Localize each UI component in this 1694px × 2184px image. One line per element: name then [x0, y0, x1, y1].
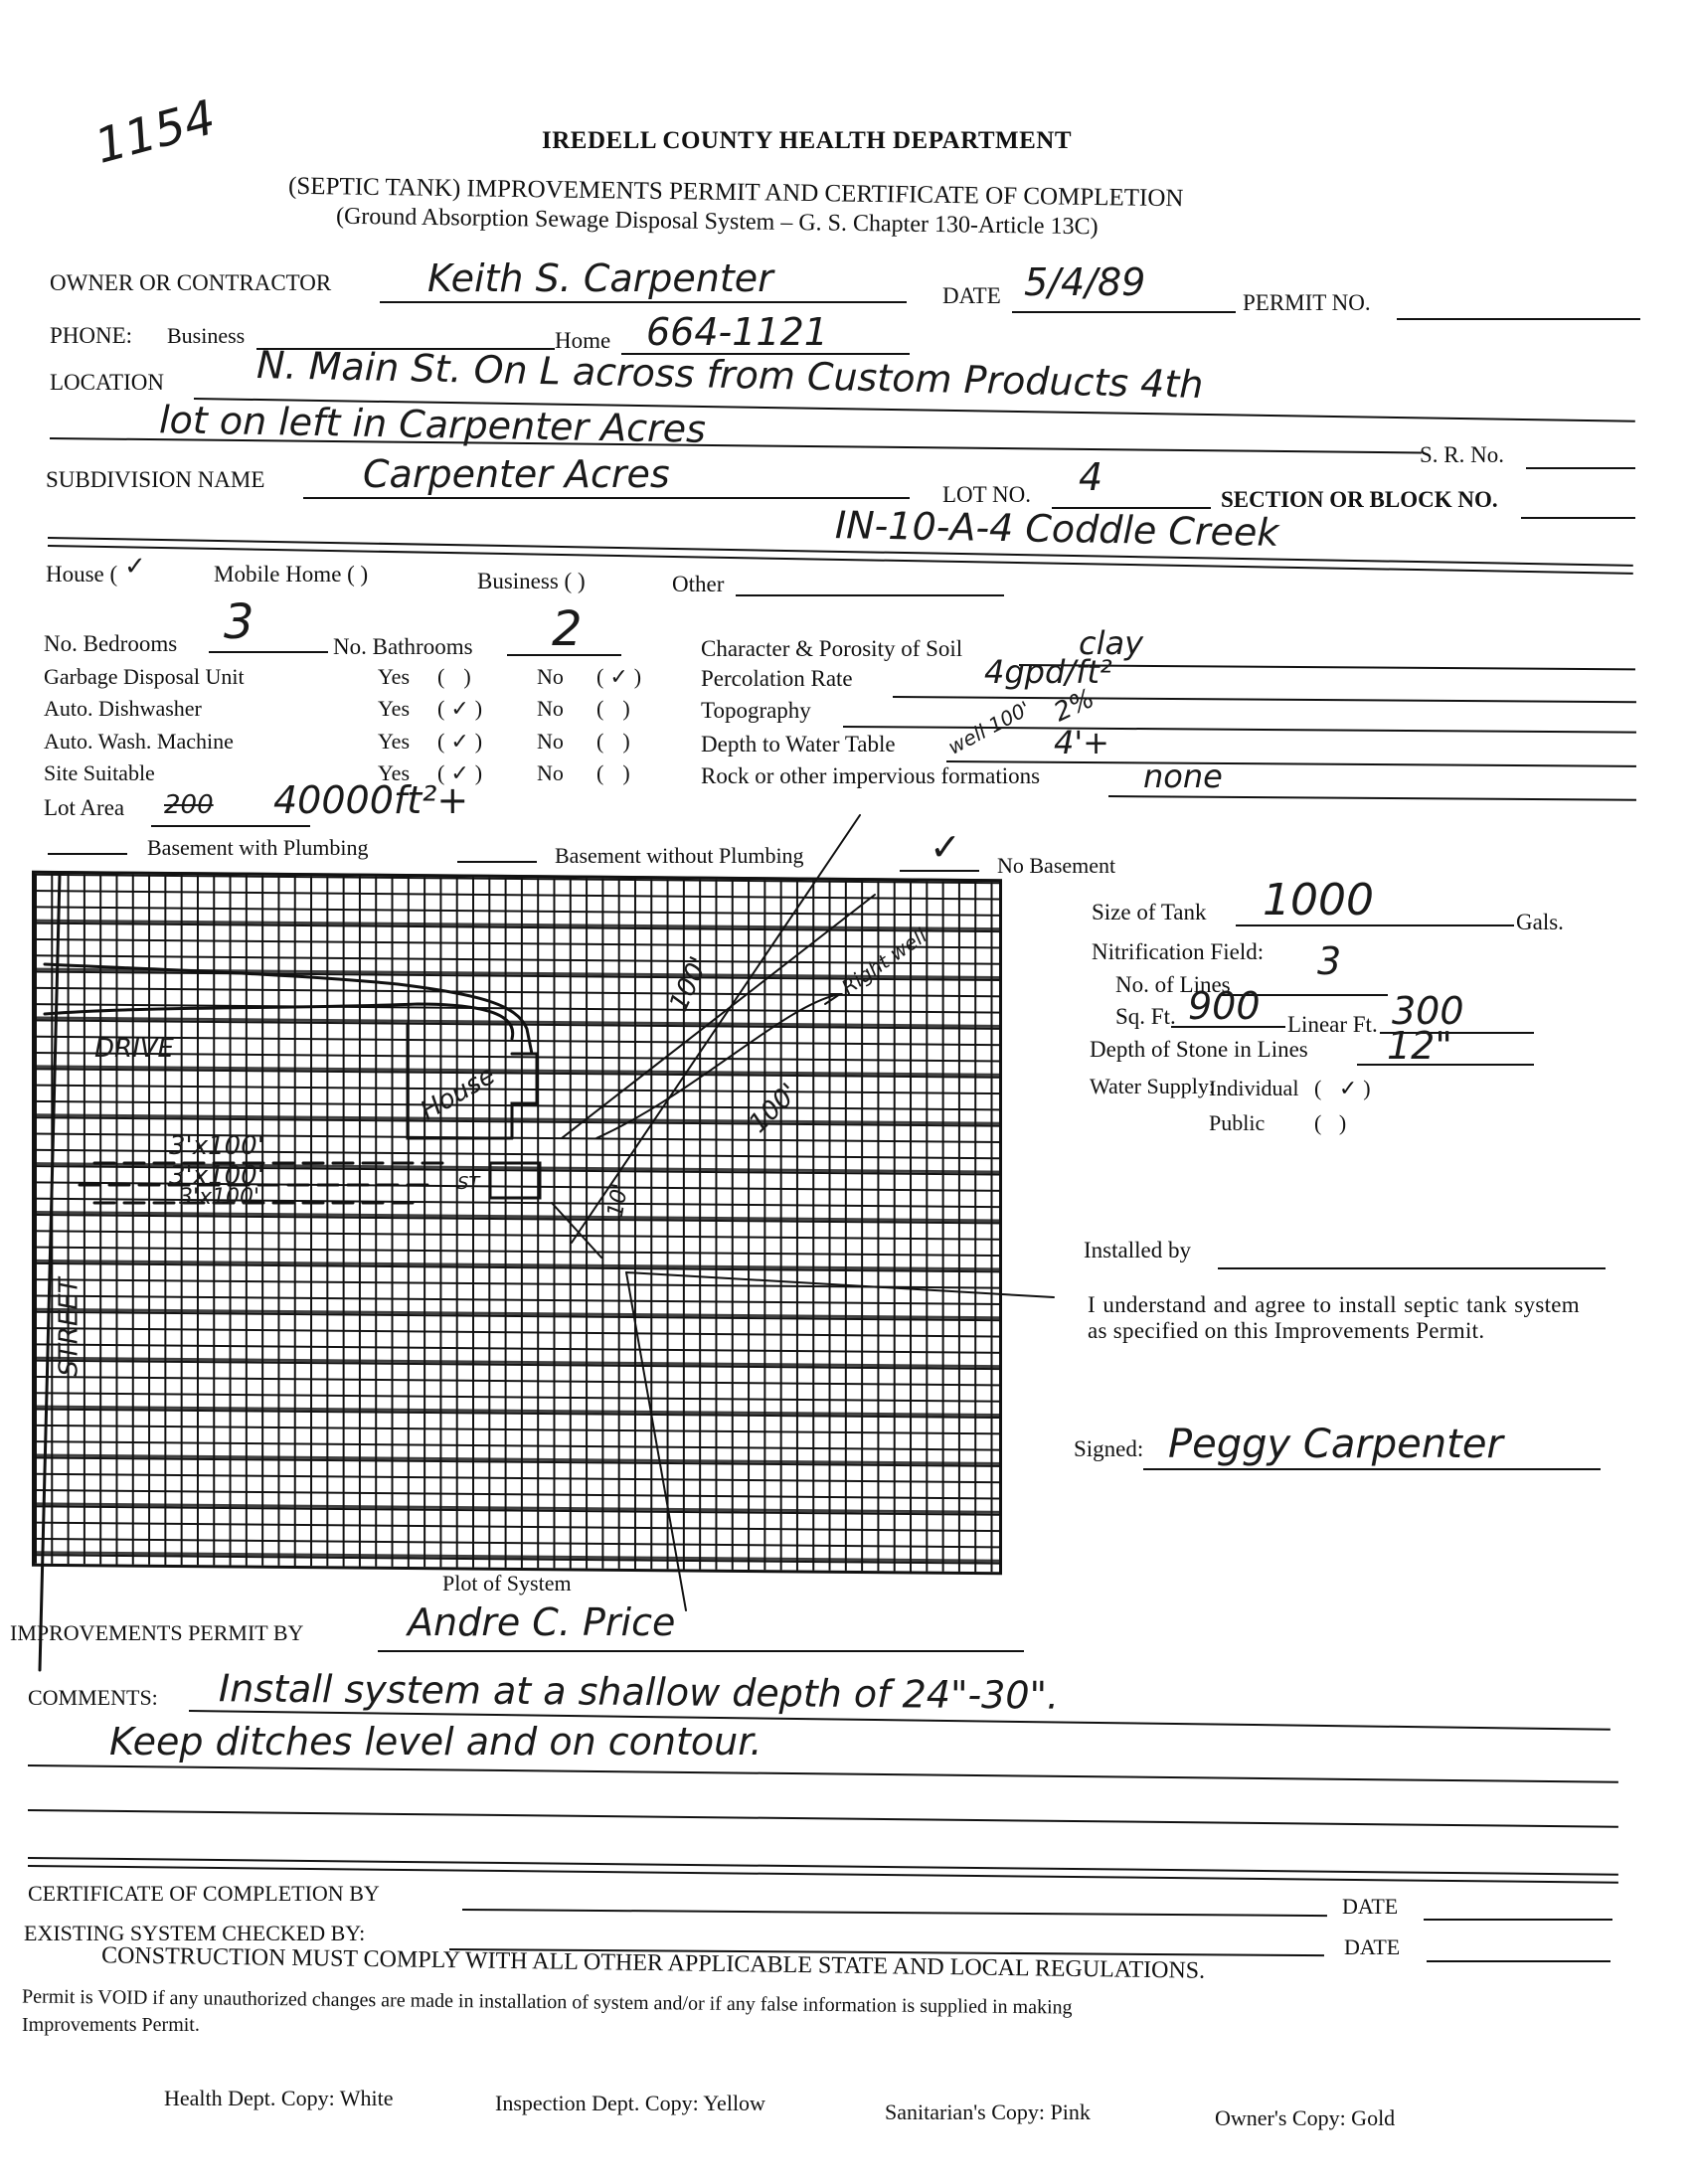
- comments-label: COMMENTS:: [28, 1685, 158, 1711]
- percolation-field[interactable]: 4gpd/ft²: [984, 653, 1112, 691]
- fixture-yes-check: ✓: [450, 697, 474, 722]
- bedrooms-label: No. Bedrooms: [44, 631, 177, 657]
- water-individual-checkbox[interactable]: ( ✓): [1314, 1076, 1377, 1101]
- lot-no-field[interactable]: 4: [1079, 455, 1102, 499]
- sq-ft-field[interactable]: 900: [1188, 984, 1261, 1028]
- copy-inspection-dept: Inspection Dept. Copy: Yellow: [495, 2091, 765, 2116]
- plot-label-field-line-1: 3'x100': [169, 1131, 264, 1161]
- water-public-label: Public: [1209, 1110, 1265, 1136]
- topography-label: Topography: [701, 698, 811, 724]
- section-block-label: SECTION OR BLOCK NO.: [1221, 487, 1498, 513]
- phone-label: PHONE:: [50, 323, 132, 349]
- no-basement-check[interactable]: ✓: [930, 825, 961, 869]
- owner-field[interactable]: Keith S. Carpenter: [427, 256, 773, 300]
- fixture-no-check: [609, 761, 622, 786]
- bathrooms-label: No. Bathrooms: [333, 634, 473, 660]
- fixture-yes-checkbox[interactable]: (✓): [437, 696, 488, 722]
- fixture-yes-label: Yes: [378, 664, 410, 690]
- fixture-label: Auto. Wash. Machine: [44, 729, 234, 755]
- water-public-checkbox[interactable]: ( ): [1314, 1110, 1352, 1136]
- file-number-annotation: 1154: [89, 89, 221, 175]
- business-phone-label: Business: [167, 323, 245, 349]
- section-block-field[interactable]: IN-10-A-4 Coddle Creek: [835, 503, 1279, 555]
- water-table-field[interactable]: 4'+: [1054, 724, 1109, 761]
- plot-label-street: STREET: [55, 1277, 85, 1376]
- lot-area-field[interactable]: 40000ft²+: [273, 778, 468, 822]
- fixture-label: Auto. Dishwasher: [44, 696, 202, 722]
- certificate-date-label: DATE: [1342, 1894, 1398, 1920]
- house-label: House (: [46, 562, 117, 588]
- tank-size-field[interactable]: 1000: [1263, 875, 1374, 925]
- water-individual-check: ✓: [1339, 1076, 1363, 1100]
- fixture-no-label: No: [537, 664, 564, 690]
- bathrooms-field[interactable]: 2: [552, 601, 583, 657]
- fixture-no-label: No: [537, 696, 564, 722]
- fixture-no-label: No: [537, 760, 564, 786]
- nitrification-field-value[interactable]: 3: [1317, 939, 1341, 983]
- fixture-no-check: ✓: [609, 665, 633, 690]
- tank-size-unit: Gals.: [1516, 910, 1564, 935]
- lot-area-label: Lot Area: [44, 795, 124, 821]
- basement-without-plumbing-option[interactable]: Basement without Plumbing: [555, 843, 804, 869]
- sr-no-label: S. R. No.: [1420, 442, 1504, 468]
- signed-label: Signed:: [1074, 1436, 1143, 1462]
- fixture-yes-check: [450, 665, 463, 690]
- fixture-label: Site Suitable: [44, 760, 155, 786]
- location-field-line2[interactable]: lot on left in Carpenter Acres: [159, 398, 707, 451]
- lot-no-label: LOT NO.: [942, 482, 1031, 508]
- water-table-label: Depth to Water Table: [701, 732, 896, 757]
- location-label: LOCATION: [50, 370, 164, 396]
- stone-depth-label: Depth of Stone in Lines: [1090, 1037, 1308, 1063]
- location-field-line1[interactable]: N. Main St. On L across from Custom Prod…: [256, 343, 1204, 407]
- fixture-label: Garbage Disposal Unit: [44, 664, 245, 690]
- fixture-no-check: [609, 697, 622, 722]
- lot-area-struck-value: 200: [164, 790, 214, 820]
- subdivision-field[interactable]: Carpenter Acres: [363, 452, 670, 496]
- fixture-yes-label: Yes: [378, 729, 410, 755]
- fixture-yes-label: Yes: [378, 696, 410, 722]
- fixture-no-checkbox[interactable]: (✓): [596, 664, 647, 690]
- subdivision-label: SUBDIVISION NAME: [46, 467, 264, 493]
- owner-label: OWNER OR CONTRACTOR: [50, 270, 331, 296]
- fixture-yes-checkbox[interactable]: (✓): [437, 729, 488, 755]
- void-notice-line2: Improvements Permit.: [22, 2014, 200, 2037]
- copy-health-dept: Health Dept. Copy: White: [164, 2086, 394, 2111]
- sq-ft-label: Sq. Ft.: [1115, 1004, 1176, 1030]
- installed-by-label: Installed by: [1084, 1238, 1191, 1263]
- basement-with-plumbing-option[interactable]: Basement with Plumbing: [147, 835, 368, 861]
- home-phone-field[interactable]: 664-1121: [646, 310, 828, 354]
- no-basement-option[interactable]: No Basement: [997, 853, 1115, 879]
- existing-system-label: EXISTING SYSTEM CHECKED BY:: [24, 1921, 365, 1946]
- business-checkbox[interactable]: Business ( ): [477, 569, 586, 594]
- copy-owner: Owner's Copy: Gold: [1215, 2105, 1395, 2131]
- mobile-home-checkbox[interactable]: Mobile Home ( ): [214, 562, 368, 588]
- rock-formations-field[interactable]: none: [1143, 757, 1223, 795]
- date-label: DATE: [942, 283, 1001, 309]
- bedrooms-field[interactable]: 3: [224, 594, 254, 650]
- signature-field[interactable]: Peggy Carpenter: [1168, 1422, 1503, 1467]
- house-checkbox[interactable]: ✓: [124, 552, 146, 582]
- plot-caption: Plot of System: [442, 1571, 572, 1596]
- certificate-completion-label: CERTIFICATE OF COMPLETION BY: [28, 1881, 380, 1907]
- date-field[interactable]: 5/4/89: [1024, 260, 1145, 304]
- fixture-yes-checkbox[interactable]: ( ): [437, 664, 477, 690]
- permit-no-label: PERMIT NO.: [1243, 290, 1371, 316]
- plot-label-tank: ST: [457, 1173, 479, 1194]
- fixture-no-checkbox[interactable]: ( ): [596, 696, 636, 722]
- fixture-no-checkbox[interactable]: ( ): [596, 760, 636, 786]
- plot-label-field-line-3: 3'x100': [179, 1185, 259, 1210]
- permit-by-field[interactable]: Andre C. Price: [408, 1600, 675, 1644]
- water-individual-label: Individual: [1209, 1076, 1298, 1101]
- nitrification-field-label: Nitrification Field:: [1092, 939, 1264, 965]
- rock-formations-label: Rock or other impervious formations: [701, 763, 1040, 789]
- fixture-no-checkbox[interactable]: ( ): [596, 729, 636, 755]
- fixture-no-label: No: [537, 729, 564, 755]
- percolation-label: Percolation Rate: [701, 666, 853, 692]
- stone-depth-field[interactable]: 12": [1387, 1024, 1452, 1068]
- soil-character-label: Character & Porosity of Soil: [701, 636, 962, 662]
- agreement-text: I understand and agree to install septic…: [1088, 1292, 1580, 1344]
- permit-by-label: IMPROVEMENTS PERMIT BY: [10, 1620, 303, 1646]
- department-heading: IREDELL COUNTY HEALTH DEPARTMENT: [542, 127, 1072, 155]
- existing-date-label: DATE: [1344, 1934, 1400, 1960]
- other-label: Other: [672, 572, 724, 597]
- copy-sanitarian: Sanitarian's Copy: Pink: [885, 2100, 1091, 2125]
- plot-label-drive: DRIVE: [94, 1034, 174, 1064]
- comments-field-line2[interactable]: Keep ditches level and on contour.: [109, 1720, 762, 1764]
- linear-ft-label: Linear Ft.: [1287, 1012, 1378, 1038]
- fixture-no-check: [609, 730, 622, 755]
- comments-field-line1[interactable]: Install system at a shallow depth of 24"…: [219, 1666, 1059, 1717]
- water-supply-label: Water Supply:: [1090, 1074, 1215, 1099]
- tank-size-label: Size of Tank: [1092, 900, 1207, 925]
- fixture-yes-check: ✓: [450, 730, 474, 755]
